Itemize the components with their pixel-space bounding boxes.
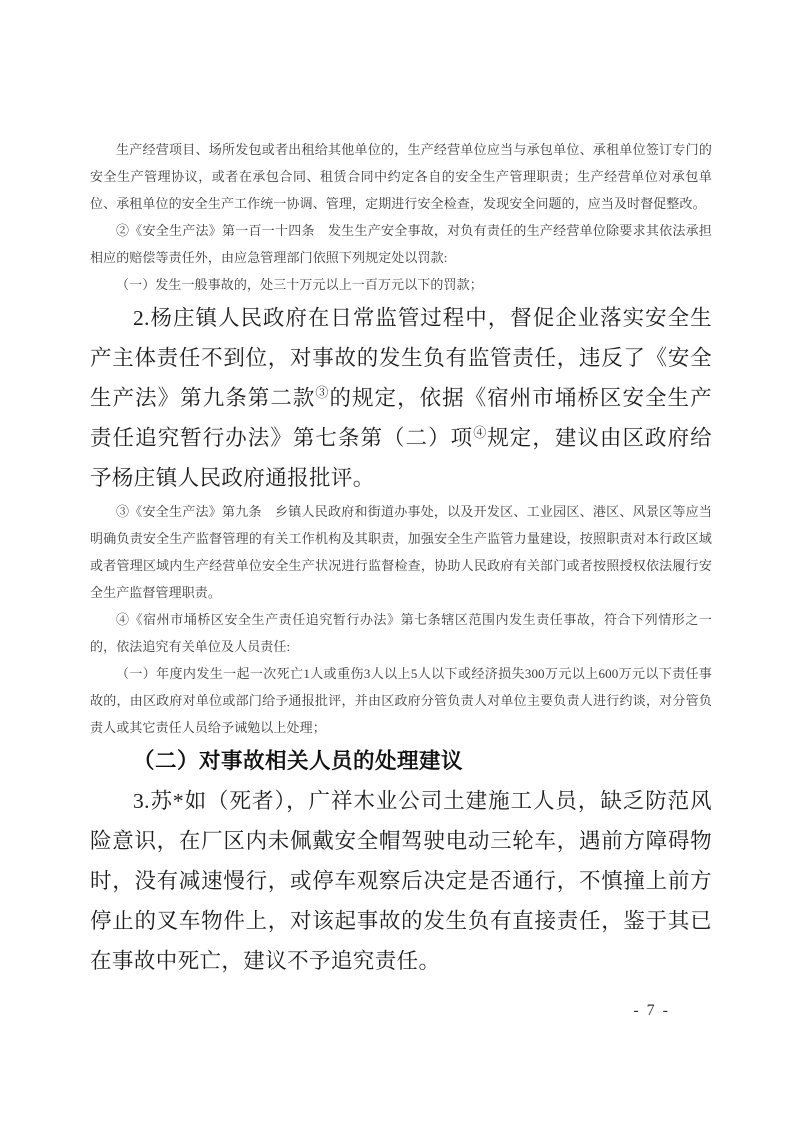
footnote-2-paragraph: ②《安全生产法》第一百一十四条 发生生产安全事故，对负有责任的生产经营单位除要求… <box>90 217 712 271</box>
footnote-reference-4: ④ <box>473 425 487 440</box>
footnote-4-item-1: （一）年度内发生一起一次死亡1人或重伤3人以上5人以下或经济损失300万元以上6… <box>90 660 712 741</box>
section-heading-2: （二）对事故相关人员的处理建议 <box>90 741 712 781</box>
footnote-4-paragraph: ④《宿州市埇桥区安全生产责任追究暂行办法》第七条辖区范围内发生责任事故，符合下列… <box>90 606 712 660</box>
body-paragraph-3: 3.苏*如（死者），广祥木业公司土建施工人员，缺乏防范风险意识，在厂区内未佩戴安… <box>90 781 712 981</box>
footnote-3-paragraph: ③《安全生产法》第九条 乡镇人民政府和街道办事处，以及开发区、工业园区、港区、风… <box>90 498 712 606</box>
footnote-2-item-1: （一）发生一般事故的，处三十万元以上一百万元以下的罚款； <box>90 271 712 298</box>
document-page: 生产经营项目、场所发包或者出租给其他单位的，生产经营单位应当与承包单位、承租单位… <box>0 0 793 1122</box>
footnote-reference-3: ③ <box>315 385 329 400</box>
page-number: - 7 - <box>0 1002 670 1020</box>
body-paragraph-2: 2.杨庄镇人民政府在日常监管过程中，督促企业落实安全生产主体责任不到位，对事故的… <box>90 298 712 498</box>
page-content: 生产经营项目、场所发包或者出租给其他单位的，生产经营单位应当与承包单位、承租单位… <box>90 136 712 981</box>
footnote-continuation-paragraph: 生产经营项目、场所发包或者出租给其他单位的，生产经营单位应当与承包单位、承租单位… <box>90 136 712 217</box>
